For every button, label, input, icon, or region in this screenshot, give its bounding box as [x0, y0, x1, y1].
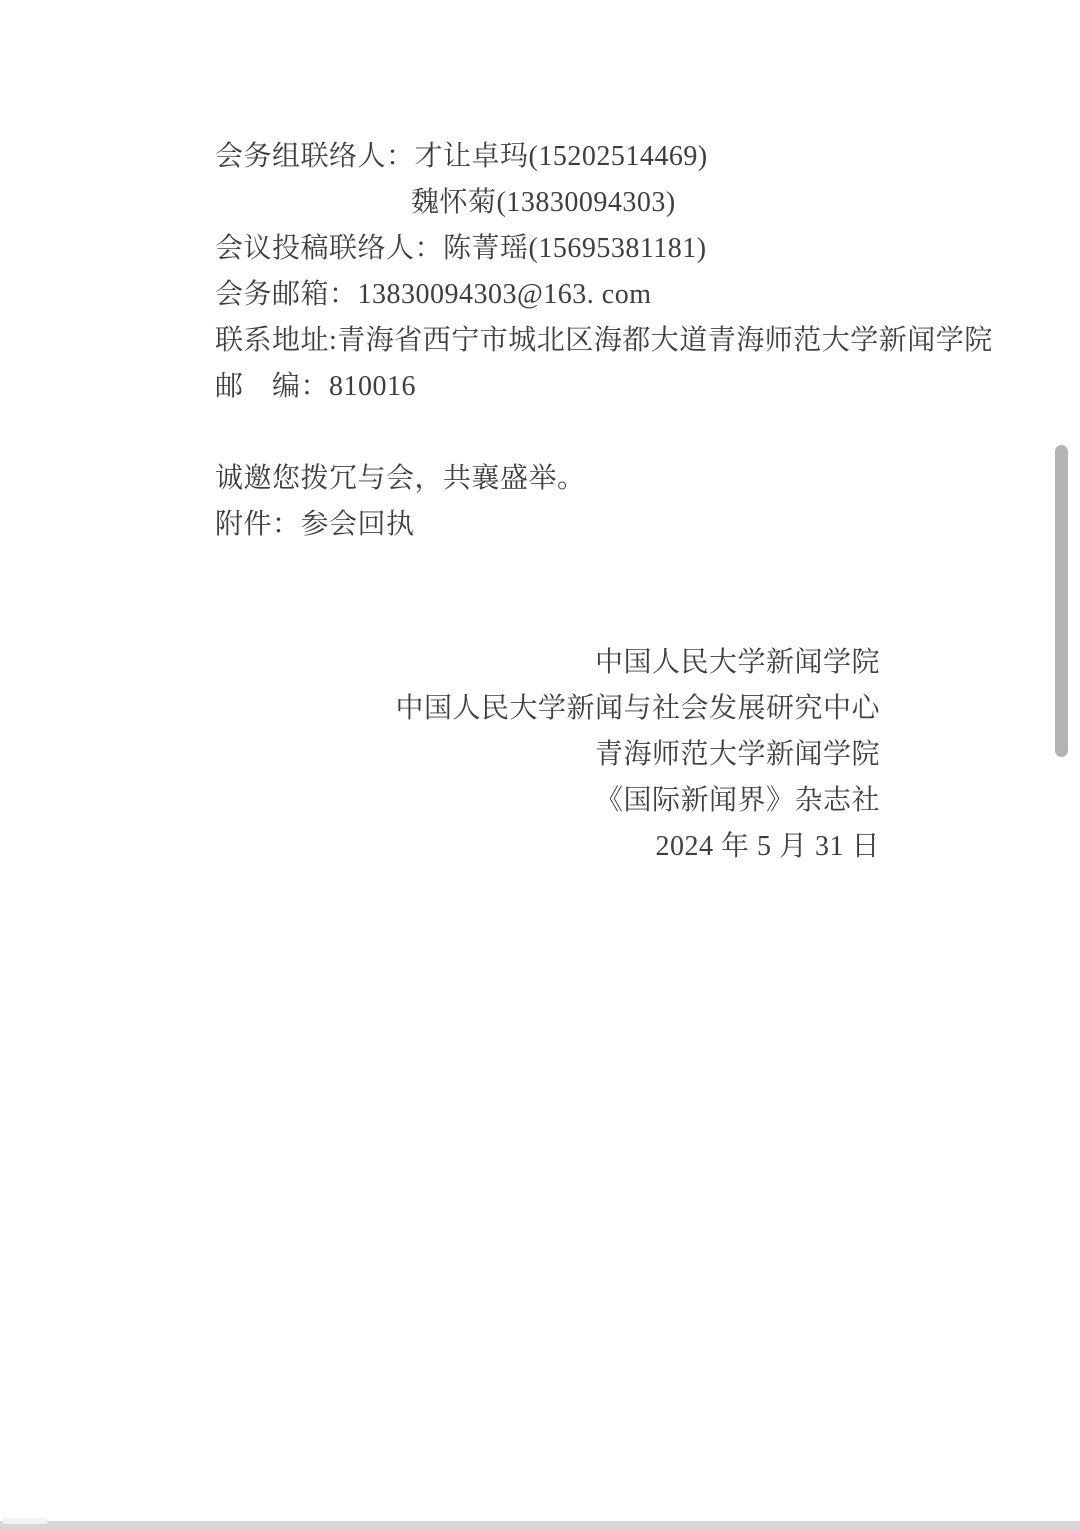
date-line: 2024 年 5 月 31 日: [215, 824, 880, 870]
signatory-line-1: 中国人民大学新闻学院: [215, 640, 880, 686]
bottom-left-notch: [2, 1518, 48, 1524]
signature-block: 中国人民大学新闻学院 中国人民大学新闻与社会发展研究中心 青海师范大学新闻学院 …: [215, 640, 1080, 870]
signatory-line-3: 青海师范大学新闻学院: [215, 732, 880, 778]
vertical-scrollbar-thumb[interactable]: [1055, 445, 1068, 757]
contact-line-postcode: 邮 编：810016: [215, 364, 1080, 410]
contact-line-email: 会务邮箱：13830094303@163. com: [215, 272, 1080, 318]
document-page: 会务组联络人：才让卓玛(15202514469) 魏怀菊(13830094303…: [0, 0, 1080, 1521]
attachment-line: 附件：参会回执: [215, 502, 1080, 548]
signatory-line-4: 《国际新闻界》杂志社: [215, 778, 880, 824]
document-viewer: 会务组联络人：才让卓玛(15202514469) 魏怀菊(13830094303…: [0, 0, 1080, 1529]
invitation-line: 诚邀您拨冗与会，共襄盛举。: [215, 456, 1080, 502]
closing-block: 诚邀您拨冗与会，共襄盛举。 附件：参会回执: [215, 456, 1080, 548]
contact-line-organizer: 会务组联络人：才让卓玛(15202514469): [215, 134, 1080, 180]
contact-line-address: 联系地址:青海省西宁市城北区海都大道青海师范大学新闻学院: [215, 318, 1080, 364]
contact-info-block: 会务组联络人：才让卓玛(15202514469) 魏怀菊(13830094303…: [215, 134, 1080, 410]
contact-line-organizer-second: 魏怀菊(13830094303): [215, 180, 1080, 226]
contact-line-submission: 会议投稿联络人：陈菁瑶(15695381181): [215, 226, 1080, 272]
bottom-edge-bar: [0, 1521, 1080, 1529]
signatory-line-2: 中国人民大学新闻与社会发展研究中心: [215, 686, 880, 732]
